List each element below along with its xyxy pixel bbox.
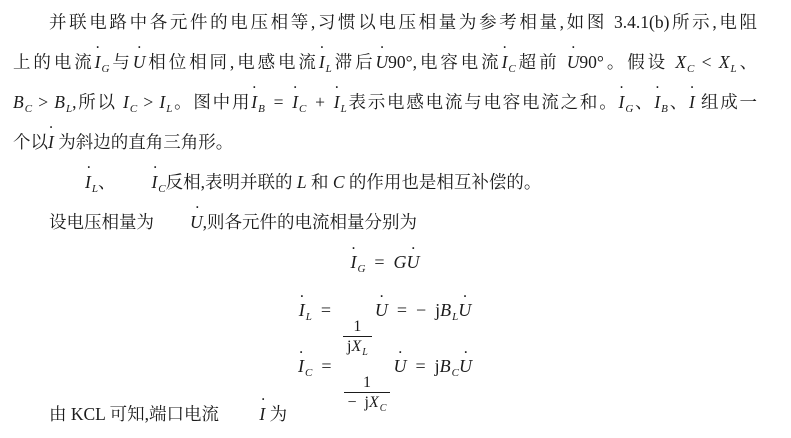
phasor-dot: ˙ <box>48 124 54 142</box>
phasor-variable: ˙U <box>458 300 471 320</box>
fraction: 1− jXC <box>344 373 391 412</box>
phasor-variable: ˙IC <box>292 92 306 112</box>
phasor-dot: ˙ <box>654 84 660 102</box>
formula-current-ic: ˙IC = 1− jXC˙U = jBC˙U <box>13 338 757 394</box>
phasor-dot: ˙ <box>50 164 92 182</box>
phasor-dot: ˙ <box>136 44 142 62</box>
phasor-variable: ˙IL <box>299 300 312 320</box>
phasor-variable: ˙IB <box>251 92 265 112</box>
para2: ˙IL、˙IC反相,表明并联的 L 和 C 的作用也是相互补偿的。 <box>13 162 757 202</box>
phasor-dot: ˙ <box>334 84 340 102</box>
phasor-dot: ˙ <box>463 348 469 366</box>
variable: C <box>333 172 345 192</box>
phasor-variable: ˙U <box>376 52 389 72</box>
phasor-dot: ˙ <box>95 44 101 62</box>
phasor-dot: ˙ <box>410 244 416 262</box>
phasor-variable: ˙U <box>375 300 388 320</box>
variable: G <box>394 252 407 272</box>
phasor-variable: ˙IG <box>95 52 110 72</box>
textbook-page: 并联电路中各元件的电压相等,习惯以电压相量为参考相量,如图 3.4.1(b)所示… <box>0 0 791 438</box>
phasor-variable: ˙I <box>689 92 695 112</box>
phasor-dot: ˙ <box>379 44 385 62</box>
phasor-dot: ˙ <box>379 292 385 310</box>
phasor-variable: ˙U <box>393 356 406 376</box>
variable: BL <box>54 92 72 112</box>
phasor-dot: ˙ <box>689 84 695 102</box>
phasor-dot: ˙ <box>502 44 508 62</box>
phasor-dot: ˙ <box>158 204 200 222</box>
variable: IC <box>123 92 137 112</box>
phasor-variable: ˙IG <box>350 252 365 272</box>
variable: XL <box>719 52 737 72</box>
variable: BC <box>440 356 459 376</box>
formula-current-il: ˙IL = 1jXL˙U = − jBL˙U <box>13 282 757 338</box>
phasor-variable: ˙U <box>133 52 146 72</box>
phasor-dot: ˙ <box>116 164 158 182</box>
phasor-variable: ˙U <box>567 52 580 72</box>
phasor-variable: ˙U <box>459 356 472 376</box>
phasor-dot: ˙ <box>570 44 576 62</box>
variable: XC <box>675 52 694 72</box>
phasor-variable: ˙IG <box>618 92 633 112</box>
phasor-dot: ˙ <box>619 84 625 102</box>
formula-current-ig: ˙IG = G˙U <box>13 242 757 282</box>
phasor-dot: ˙ <box>251 84 257 102</box>
para1-line2: 上的电流˙IG与˙U相位相同,电感电流˙IL滞后˙U90°,电容电流˙IC超前 … <box>13 42 757 82</box>
phasor-dot: ˙ <box>462 292 468 310</box>
phasor-dot: ˙ <box>397 348 403 366</box>
variable: XC <box>369 394 386 411</box>
phasor-variable: ˙I <box>223 404 265 424</box>
para1-line3: BC > BL,所以 IC > IL。图中用˙IB = ˙IC + ˙IL表示电… <box>13 82 757 122</box>
phasor-variable: ˙IL <box>319 52 332 72</box>
phasor-dot: ˙ <box>351 244 357 262</box>
phasor-variable: ˙I <box>48 132 54 152</box>
phasor-dot: ˙ <box>319 44 325 62</box>
para1-line1: 并联电路中各元件的电压相等,习惯以电压相量为参考相量,如图 3.4.1(b)所示… <box>13 2 757 42</box>
phasor-variable: ˙U <box>154 212 203 232</box>
phasor-variable: ˙IB <box>654 92 668 112</box>
phasor-dot: ˙ <box>292 84 298 102</box>
phasor-variable: ˙IL <box>49 172 98 192</box>
phasor-variable: ˙IL <box>334 92 347 112</box>
phasor-dot: ˙ <box>224 396 266 414</box>
phasor-variable: ˙IC <box>298 356 312 376</box>
para1-line4: 个以˙I 为斜边的直角三角形。 <box>13 122 757 162</box>
phasor-dot: ˙ <box>299 292 305 310</box>
variable: IL <box>159 92 172 112</box>
variable: BL <box>440 300 458 320</box>
variable: L <box>297 172 307 192</box>
phasor-variable: ˙IC <box>502 52 516 72</box>
para3: 设电压相量为˙U,则各元件的电流相量分别为 <box>13 202 757 242</box>
phasor-variable: ˙U <box>407 252 420 272</box>
phasor-variable: ˙IC <box>115 172 165 192</box>
phasor-dot: ˙ <box>298 348 304 366</box>
variable: BC <box>13 92 32 112</box>
